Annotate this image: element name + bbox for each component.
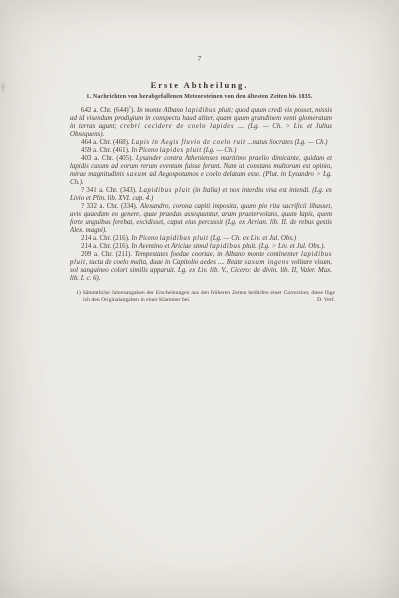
entry-segment: (Lg. — Ch.) (202, 147, 237, 154)
entry-segment: saxum (127, 171, 148, 178)
entry: 459 a. Chr. (461). In Piceno lapides plu… (70, 147, 332, 155)
entry-segment: 403 a. Chr. (405). (81, 155, 136, 162)
scanned-book-page: 7 Erste Abtheilung. 1. Nachrichten von h… (0, 0, 399, 598)
entry-segment: In Piceno (131, 147, 159, 154)
entry-list: 642 a. Chr. (644)1). In monte Albano lap… (70, 107, 332, 283)
entry-segment: In monte Albano (137, 107, 185, 114)
entry-segment: Lapis in Aegis fluvio de coelo ruit (131, 139, 245, 146)
entry-segment: Lapidibus pluit (139, 187, 191, 194)
entry-segment: In Aventino et Ariciae simul (131, 243, 209, 250)
footnote-signature: D. Verf. (317, 297, 335, 304)
entry-segment: saxum ingens (244, 259, 289, 266)
entry-segment: 214 a. Chr. (216). (81, 235, 131, 242)
entry-segment: pluit. (Lg. > Liv. et Jul. Obs.). (241, 243, 325, 250)
footnote: 1) Sämmtliche Jahresangaben der Erschein… (76, 290, 335, 304)
entry-segment: In Piceno (131, 235, 159, 242)
entry-segment: lapides pluit (160, 147, 202, 154)
entry: 214 a. Chr. (216). In Aventino et Aricia… (70, 243, 332, 251)
entry-segment: crebri cecidere de coelo lapides (120, 123, 234, 130)
entry-segment: 209 a. Chr. (211). (81, 251, 135, 258)
entry-segment: ...natus Socrates (Lg. — Ch.) (246, 139, 328, 146)
entry: 214 a. Chr. (216). In Piceno lapidibus p… (70, 235, 332, 243)
entry: 403 a. Chr. (405). Lysander contra Athen… (70, 155, 332, 187)
scan-smudge (0, 80, 6, 94)
entry-segment: 642 a. Chr. (644) (81, 107, 129, 114)
entry: 642 a. Chr. (644)1). In monte Albano lap… (70, 107, 332, 139)
entry-segment: 214 a. Chr. (216). (81, 243, 131, 250)
entry-segment: lapidibus (210, 243, 241, 250)
entry-segment: (Lg. — Ch. ex Liv. et Jul. Obs.) (209, 235, 296, 242)
footnote-marker: 1) (76, 290, 83, 296)
entry-segment: 464 a. Chr. (468). (81, 139, 131, 146)
page-number: 7 (0, 0, 399, 63)
entry-segment: Tempestates foedae coortae, in Albano mo… (135, 251, 301, 258)
entry-segment: lapidibus (185, 107, 216, 114)
chapter-subtitle: 1. Nachrichten von herabgefallenen Meteo… (64, 94, 336, 101)
footnote-text: Sämmtliche Jahresangaben der Erscheinung… (83, 290, 335, 303)
entry-segment: lapidibus pluit (160, 235, 209, 242)
entry: 464 a. Chr. (468). Lapis in Aegis fluvio… (70, 139, 332, 147)
entry-segment: ? 332 a. Chr. (334). (81, 203, 140, 210)
entry-segment: ? 341 a. Chr. (343). (81, 187, 139, 194)
entry-segment: 459 a. Chr. (461). (81, 147, 131, 154)
entry: 209 a. Chr. (211). Tempestates foedae co… (70, 251, 332, 283)
entry: ? 332 a. Chr. (334). Alexandro, corona c… (70, 203, 332, 235)
entry-segment: , tacta de coelo multa, duae in Capitoli… (86, 259, 245, 266)
entry: ? 341 a. Chr. (343). Lapidibus pluit (in… (70, 187, 332, 203)
section-title: Erste Abtheilung. (0, 80, 399, 90)
